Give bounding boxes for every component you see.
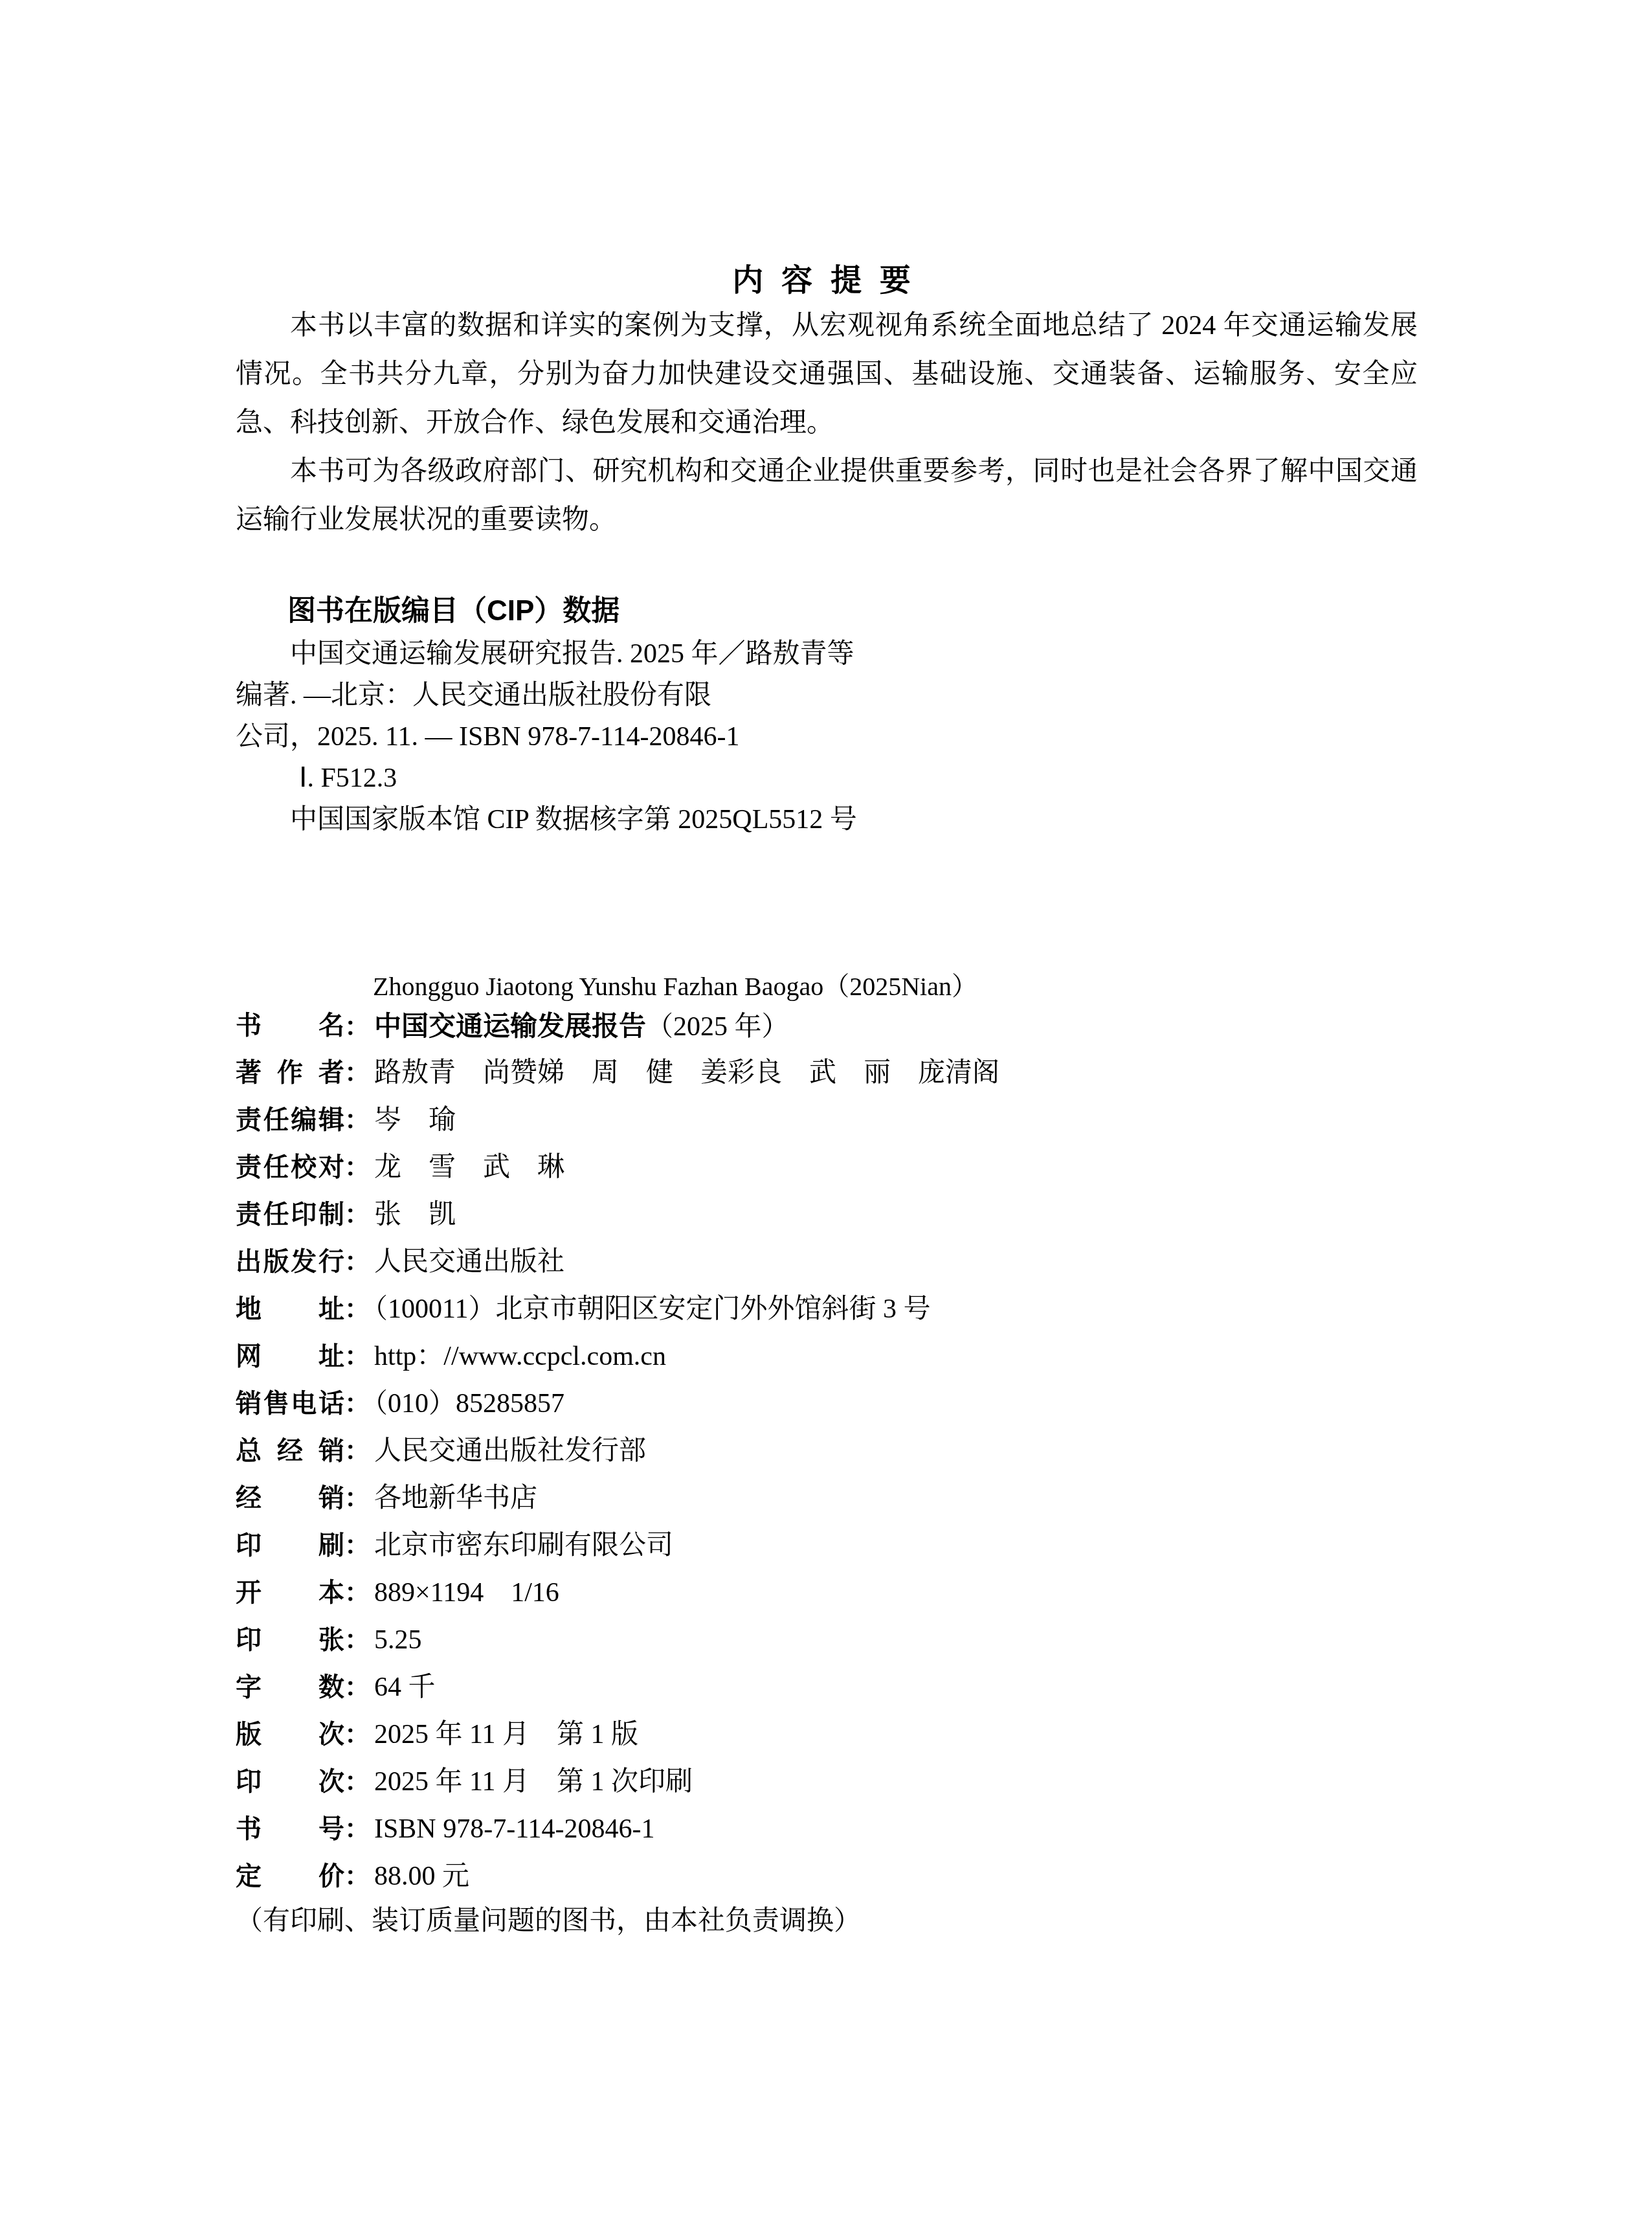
colophon-row-colon: ：	[344, 1768, 370, 1796]
colophon-row-value: 中国交通运输发展报告	[374, 1011, 646, 1041]
colophon-row-value: 岑 瑜	[374, 1105, 456, 1135]
summary-paragraph: 本书以丰富的数据和详实的案例为支撑，从宏观视角系统全面地总结了 2024 年交通…	[236, 302, 1418, 447]
colophon-row-colon: ：	[344, 1673, 370, 1702]
reprint-note: （有印刷、装订质量问题的图书，由本社负责调换）	[236, 1899, 861, 1938]
colophon-row: 版次：2025 年 11 月 第 1 版	[236, 1711, 1504, 1759]
colophon-row-label: 印张	[236, 1617, 344, 1664]
colophon-row-label: 责任编辑	[236, 1097, 344, 1144]
colophon: 书名：中国交通运输发展报告（2025 年） 著作者：路敖青 尚赞娣 周 健 姜彩…	[236, 1002, 1504, 1900]
colophon-row: 出版发行：人民交通出版社	[236, 1239, 1504, 1286]
colophon-row-colon: ：	[344, 1626, 370, 1654]
copyright-page: 内容提要 本书以丰富的数据和详实的案例为支撑，从宏观视角系统全面地总结了 202…	[0, 0, 1652, 2226]
summary-block: 本书以丰富的数据和详实的案例为支撑，从宏观视角系统全面地总结了 2024 年交通…	[236, 302, 1418, 545]
colophon-row: 书号：ISBN 978-7-114-20846-1	[236, 1806, 1504, 1853]
colophon-row-colon: ：	[344, 1531, 370, 1560]
summary-title: 内容提要	[0, 255, 1652, 300]
colophon-row-label: 责任校对	[236, 1144, 344, 1191]
colophon-row-label: 地址	[236, 1286, 344, 1333]
colophon-row: 印刷：北京市密东印刷有限公司	[236, 1522, 1504, 1569]
colophon-row-label: 印次	[236, 1759, 344, 1806]
colophon-row-value: 2025 年 11 月 第 1 次印刷	[374, 1767, 693, 1797]
colophon-row: 印次：2025 年 11 月 第 1 次印刷	[236, 1759, 1504, 1806]
colophon-row-colon: ：	[344, 1437, 370, 1465]
colophon-row: 责任编辑：岑 瑜	[236, 1097, 1504, 1144]
colophon-row-label: 责任印制	[236, 1191, 344, 1239]
colophon-row: 印张：5.25	[236, 1617, 1504, 1664]
cip-header: 图书在版编目（CIP）数据	[287, 590, 1077, 632]
colophon-row-value: 88.00 元	[374, 1861, 469, 1891]
colophon-row: 定价：88.00 元	[236, 1853, 1504, 1900]
colophon-row-colon: ：	[344, 1013, 370, 1041]
colophon-row-value: 64 千	[374, 1672, 436, 1702]
colophon-row: 责任印制：张 凯	[236, 1191, 1504, 1239]
summary-paragraph: 本书可为各级政府部门、研究机构和交通企业提供重要参考，同时也是社会各界了解中国交…	[236, 447, 1418, 545]
colophon-row-colon: ：	[344, 1153, 370, 1182]
colophon-row-colon: ：	[344, 1342, 370, 1371]
colophon-row: 著作者：路敖青 尚赞娣 周 健 姜彩良 武 丽 庞清阁	[236, 1050, 1504, 1097]
colophon-row-colon: ：	[344, 1200, 370, 1229]
colophon-row-value: 张 凯	[374, 1200, 456, 1230]
colophon-row-colon: ：	[344, 1248, 370, 1276]
colophon-row-colon: ：	[344, 1484, 370, 1512]
colophon-row-value: 2025 年 11 月 第 1 版	[374, 1720, 638, 1749]
colophon-row: 网址：http：//www.ccpcl.com.cn	[236, 1333, 1504, 1380]
colophon-row-value: 5.25	[374, 1625, 422, 1655]
colophon-row-colon: ：	[344, 1295, 370, 1323]
cip-block: 图书在版编目（CIP）数据 中国交通运输发展研究报告. 2025 年／路敖青等 …	[236, 590, 1077, 840]
colophon-row-value: 人民交通出版社	[374, 1247, 564, 1277]
colophon-row-colon: ：	[344, 1059, 370, 1087]
colophon-row-label: 开本	[236, 1569, 344, 1617]
colophon-row-value: （100011）北京市朝阳区安定门外外馆斜街 3 号	[374, 1294, 930, 1324]
cip-line: 公司，2025. 11. — ISBN 978-7-114-20846-1	[236, 716, 1077, 758]
colophon-row-label: 销售电话	[236, 1380, 344, 1428]
cip-line: Ⅰ. F512.3	[299, 758, 1077, 799]
colophon-row-colon: ：	[344, 1720, 370, 1749]
colophon-row-label: 书号	[236, 1806, 344, 1853]
colophon-row-value: 路敖青 尚赞娣 周 健 姜彩良 武 丽 庞清阁	[374, 1058, 999, 1088]
colophon-row-label: 印刷	[236, 1522, 344, 1569]
colophon-row: 总经销：人民交通出版社发行部	[236, 1428, 1504, 1475]
colophon-row-colon: ：	[344, 1106, 370, 1134]
colophon-row-value: 北京市密东印刷有限公司	[374, 1531, 673, 1560]
colophon-row: 字数：64 千	[236, 1664, 1504, 1711]
colophon-row-label: 网址	[236, 1333, 344, 1380]
colophon-row: 经销：各地新华书店	[236, 1475, 1504, 1522]
colophon-row-colon: ：	[344, 1389, 370, 1418]
colophon-row-label: 著作者	[236, 1050, 344, 1097]
colophon-row-value: 龙 雪 武 琳	[374, 1152, 564, 1182]
colophon-row: 地址：（100011）北京市朝阳区安定门外外馆斜街 3 号	[236, 1286, 1504, 1333]
cip-line: 编著. —北京：人民交通出版社股份有限	[236, 675, 1077, 716]
colophon-row-label: 定价	[236, 1853, 344, 1900]
colophon-row-colon: ：	[344, 1862, 370, 1891]
colophon-row-value-suffix: （2025 年）	[646, 1012, 789, 1042]
colophon-row-value: （010）85285857	[374, 1389, 564, 1419]
colophon-row-label: 版次	[236, 1711, 344, 1759]
colophon-row-label: 出版发行	[236, 1239, 344, 1286]
colophon-row-value: 人民交通出版社发行部	[374, 1436, 646, 1466]
colophon-row-value: 889×1194 1/16	[374, 1578, 559, 1608]
colophon-row-colon: ：	[344, 1579, 370, 1607]
colophon-row: 开本：889×1194 1/16	[236, 1569, 1504, 1617]
colophon-row-label: 书名	[236, 1002, 344, 1050]
cip-line: 中国国家版本馆 CIP 数据核字第 2025QL5512 号	[290, 799, 1077, 840]
colophon-row-label: 总经销	[236, 1428, 344, 1475]
title-pinyin: Zhongguo Jiaotong Yunshu Fazhan Baogao（2…	[373, 966, 977, 1003]
colophon-row: 责任校对：龙 雪 武 琳	[236, 1144, 1504, 1191]
cip-line: 中国交通运输发展研究报告. 2025 年／路敖青等	[290, 633, 1077, 675]
colophon-row-value: http：//www.ccpcl.com.cn	[374, 1342, 666, 1371]
colophon-row: 销售电话：（010）85285857	[236, 1380, 1504, 1428]
colophon-row-value: ISBN 978-7-114-20846-1	[374, 1814, 655, 1844]
colophon-row-label: 经销	[236, 1475, 344, 1522]
colophon-row-value: 各地新华书店	[374, 1483, 537, 1513]
colophon-row-label: 字数	[236, 1664, 344, 1711]
colophon-row-colon: ：	[344, 1815, 370, 1843]
colophon-row: 书名：中国交通运输发展报告（2025 年）	[236, 1002, 1504, 1050]
